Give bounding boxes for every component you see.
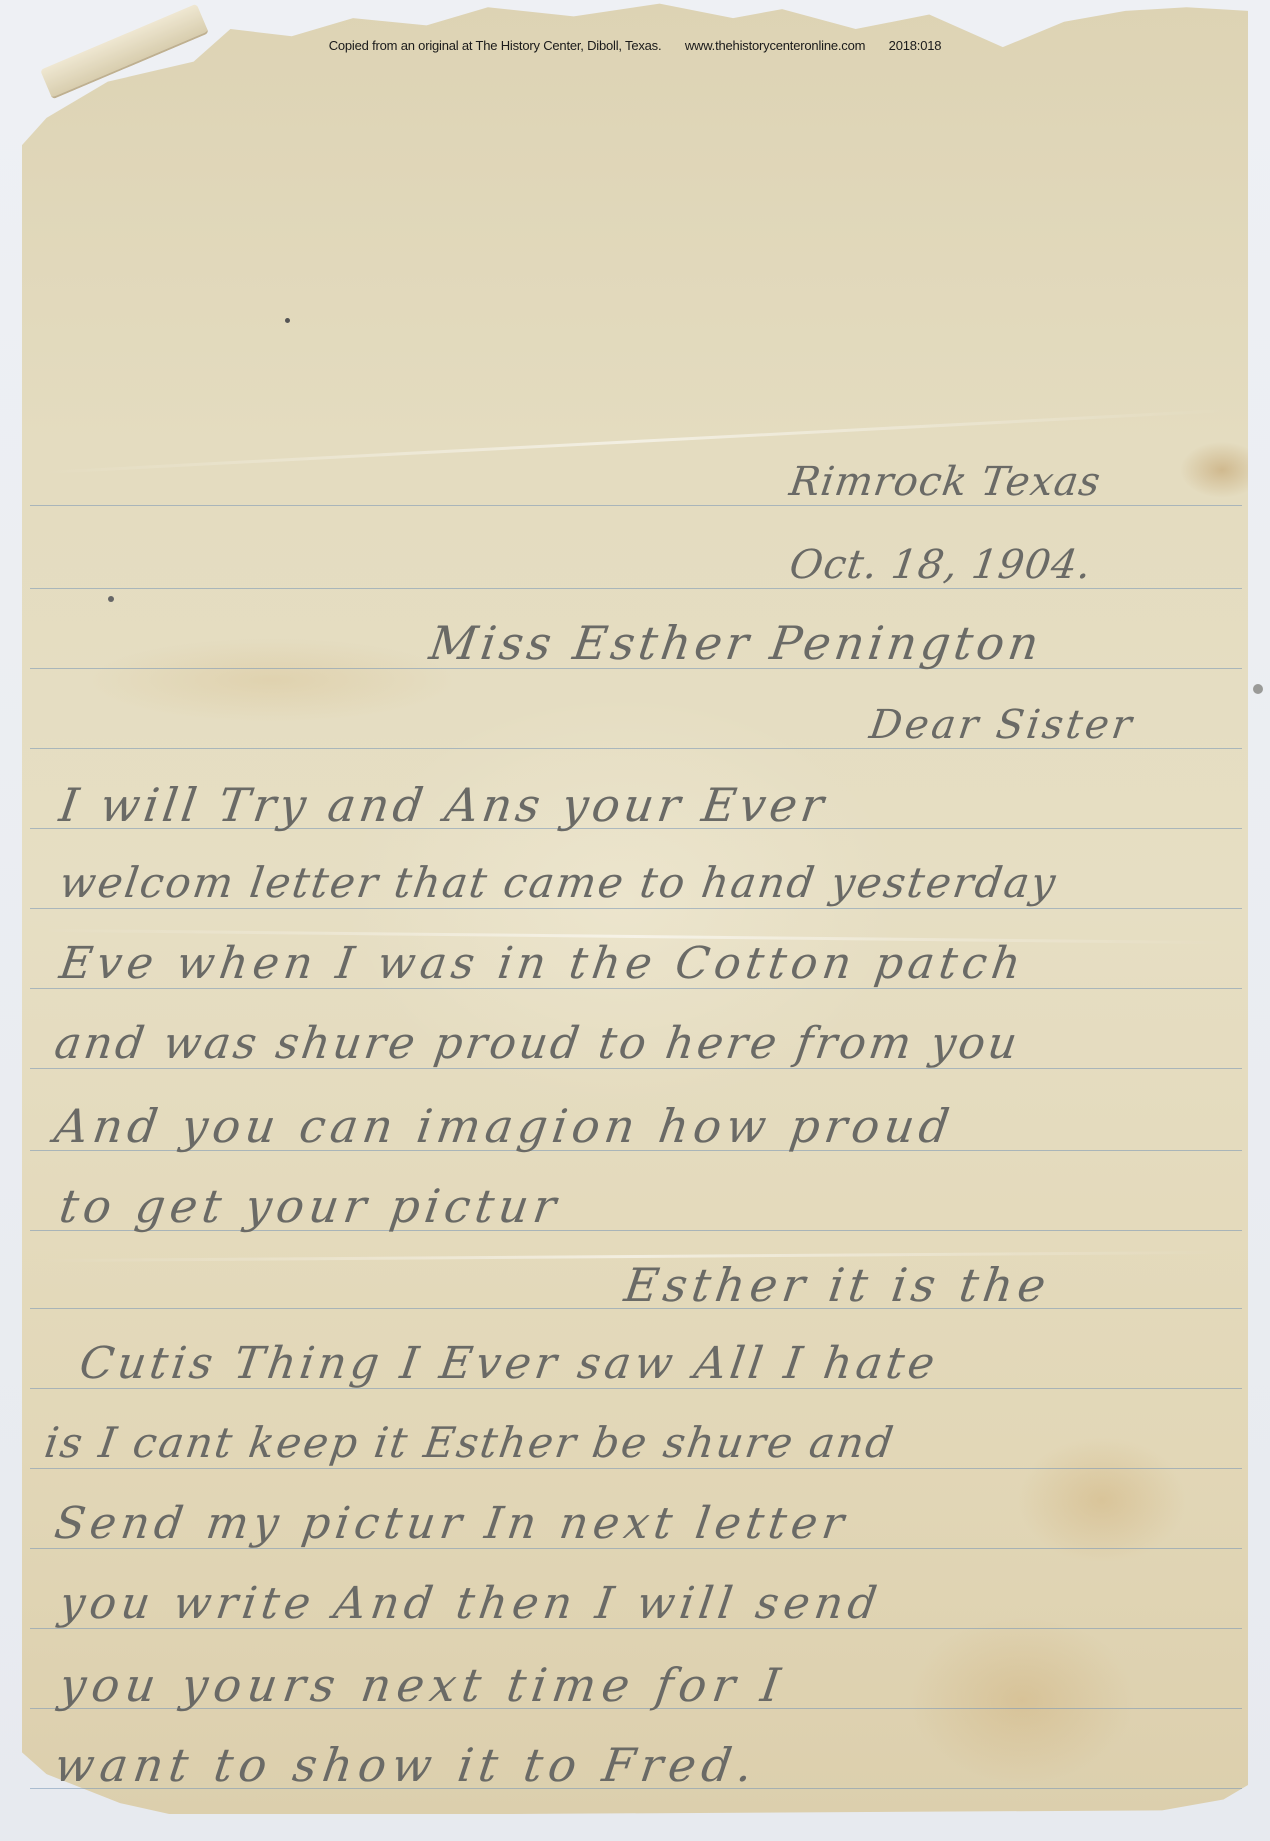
body-line: you yours next time for I xyxy=(57,1662,789,1708)
body-line: Send my pictur In next letter xyxy=(52,1502,851,1546)
pencil-dot xyxy=(108,596,114,602)
body-line: And you can imagion how proud xyxy=(52,1103,957,1149)
body-line: you write And then I will send xyxy=(57,1582,884,1626)
heading-date: Oct. 18, 1904. xyxy=(787,545,1094,585)
salutation: Dear Sister xyxy=(867,705,1137,745)
body-line: Cutis Thing I Ever saw All I hate xyxy=(77,1342,941,1386)
body-line: and was shure proud to here from you xyxy=(52,1022,1023,1066)
body-line: Eve when I was in the Cotton patch xyxy=(57,942,1028,986)
body-line: want to show it to Fred. xyxy=(52,1742,762,1788)
addressee: Miss Esther Penington xyxy=(427,620,1046,666)
scan-speck xyxy=(1253,684,1263,694)
body-line: to get your pictur xyxy=(57,1183,564,1229)
heading-place: Rimrock Texas xyxy=(787,462,1103,502)
caption-accession: 2018:018 xyxy=(889,38,942,53)
body-line: I will Try and Ans your Ever xyxy=(57,782,831,828)
body-line: Esther it is the xyxy=(622,1262,1054,1308)
body-line: welcom letter that came to hand yesterda… xyxy=(57,862,1060,904)
archive-caption: Copied from an original at The History C… xyxy=(0,38,1270,53)
body-line: is I cant keep it Esther be shure and xyxy=(42,1422,898,1464)
caption-website: www.thehistorycenteronline.com xyxy=(685,38,865,53)
pencil-dot xyxy=(285,318,290,323)
caption-source: Copied from an original at The History C… xyxy=(329,38,662,53)
